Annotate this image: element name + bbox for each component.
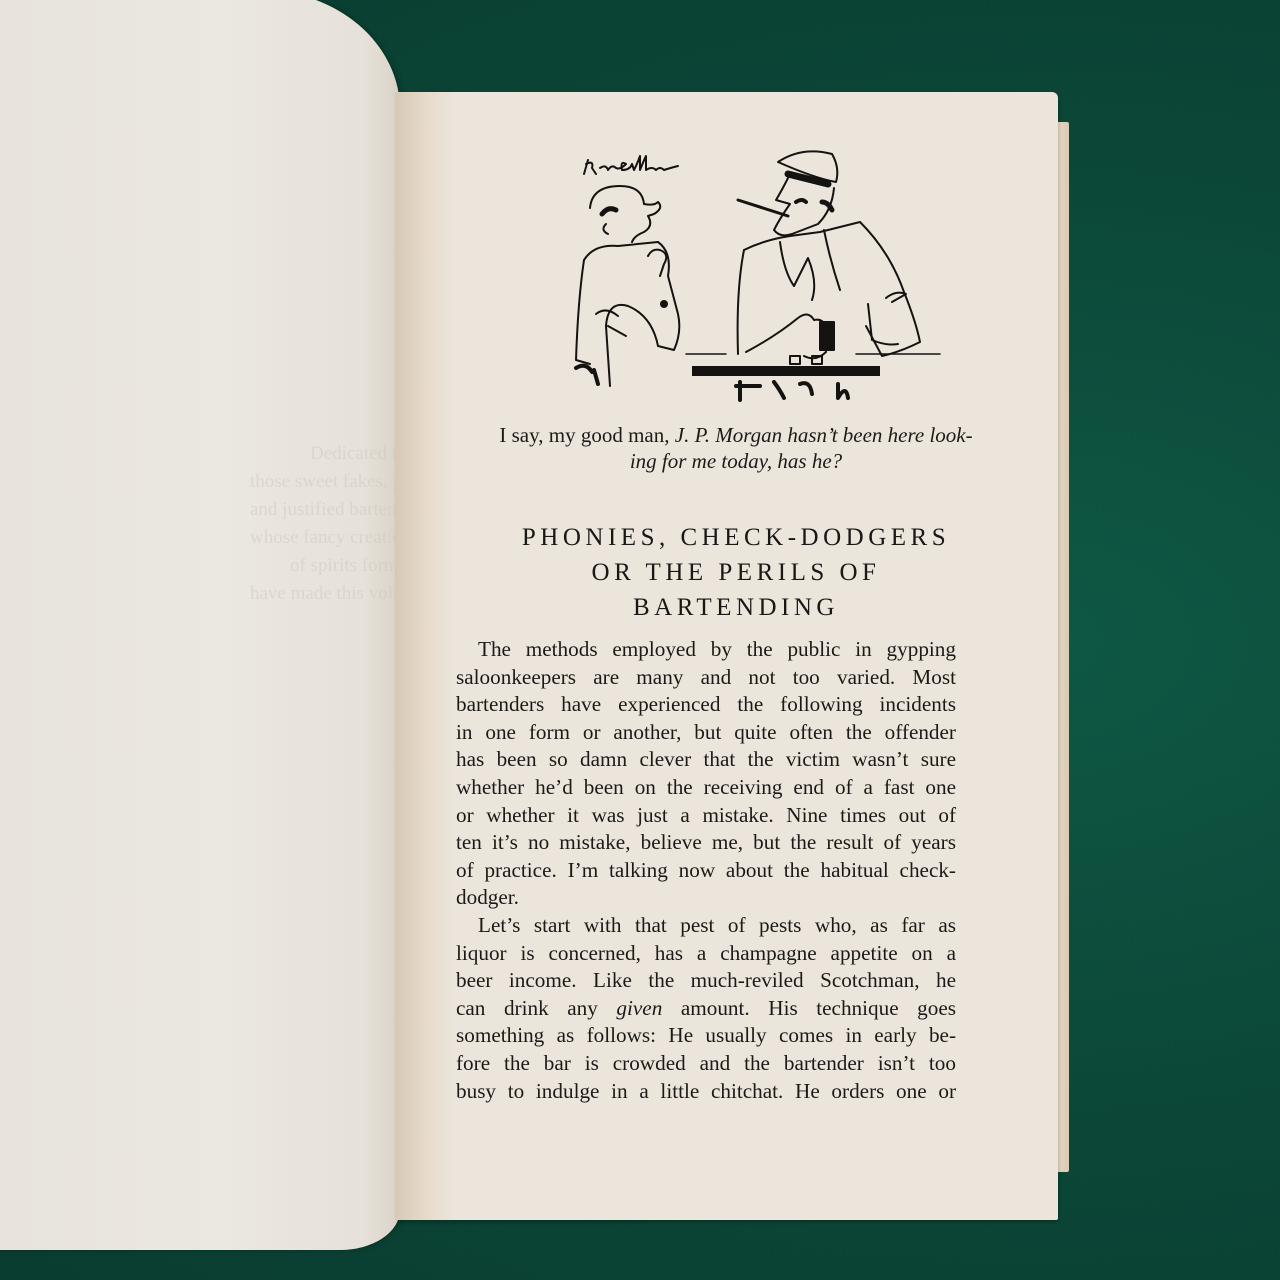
body-line: ten it’s no mistake, believe me, but the… (456, 829, 956, 857)
body-line: bartenders have experienced the followin… (456, 691, 956, 719)
chapter-title-line: or the Perils of (456, 555, 1016, 590)
body-line: in one form or another, but quite often … (456, 719, 956, 747)
body-line: beer income. Like the much-reviled Scotc… (456, 967, 956, 995)
body-line: dodger. (456, 884, 956, 912)
caption-text: J. P. (675, 423, 710, 447)
chapter-title-line: Phonies, Check-Dodgers (456, 520, 1016, 555)
ghost-line: and justified bartend (250, 496, 370, 524)
body-text-italic: given (616, 996, 662, 1020)
body-line: can drink any given amount. His techniqu… (456, 995, 956, 1023)
body-line: Let’s start with that pest of pests who,… (456, 912, 956, 940)
chapter-title-line: Bartending (456, 590, 1016, 625)
right-page: I say, my good man, J. P. Morgan hasn’t … (398, 92, 1058, 1220)
gutter-shadow (395, 92, 455, 1220)
ghost-line: have made this volume (250, 580, 370, 608)
ghost-line: those sweet fakes, gyp (250, 468, 370, 496)
signature-icon (584, 156, 678, 174)
body-line: or whether it was just a mistake. Nine t… (456, 802, 956, 830)
ghost-line: of spirits formerly (250, 552, 370, 580)
cartoon-caption: I say, my good man, J. P. Morgan hasn’t … (456, 422, 1016, 474)
body-line: something as follows: He usually comes i… (456, 1022, 956, 1050)
body-line: of practice. I’m talking now about the h… (456, 857, 956, 885)
ghost-line: whose fancy creations (250, 524, 370, 552)
cartoon-illustration (556, 138, 956, 418)
body-line: whether he’d been on the receiving end o… (456, 774, 956, 802)
body-line: The methods employed by the public in gy… (456, 636, 956, 664)
body-line: liquor is concerned, has a champagne app… (456, 940, 956, 968)
caption-line-1: I say, my good man, J. P. Morgan hasn’t … (456, 422, 1016, 448)
body-line: has been so damn clever that the victim … (456, 746, 956, 774)
chapter-title: Phonies, Check-Dodgers or the Perils of … (456, 520, 1016, 625)
ghost-line: Dedicated to (250, 440, 370, 468)
left-page: Dedicated to those sweet fakes, gyp and … (0, 0, 400, 1250)
body-line: saloonkeepers are many and not too varie… (456, 664, 956, 692)
body-line: busy to indulge in a little chitchat. He… (456, 1078, 956, 1106)
left-page-show-through: Dedicated to those sweet fakes, gyp and … (250, 440, 370, 608)
body-text: The methods employed by the public in gy… (456, 636, 956, 1105)
caption-text: I say, my good man, (499, 423, 674, 447)
caption-line-2: ing for me today, has he? (456, 448, 1016, 474)
body-line: fore the bar is crowded and the bartende… (456, 1050, 956, 1078)
caption-text: Morgan hasn’t been here look- (710, 423, 973, 447)
body-text-fragment: can drink any (456, 996, 616, 1020)
body-text-fragment: amount. His technique goes (662, 996, 956, 1020)
